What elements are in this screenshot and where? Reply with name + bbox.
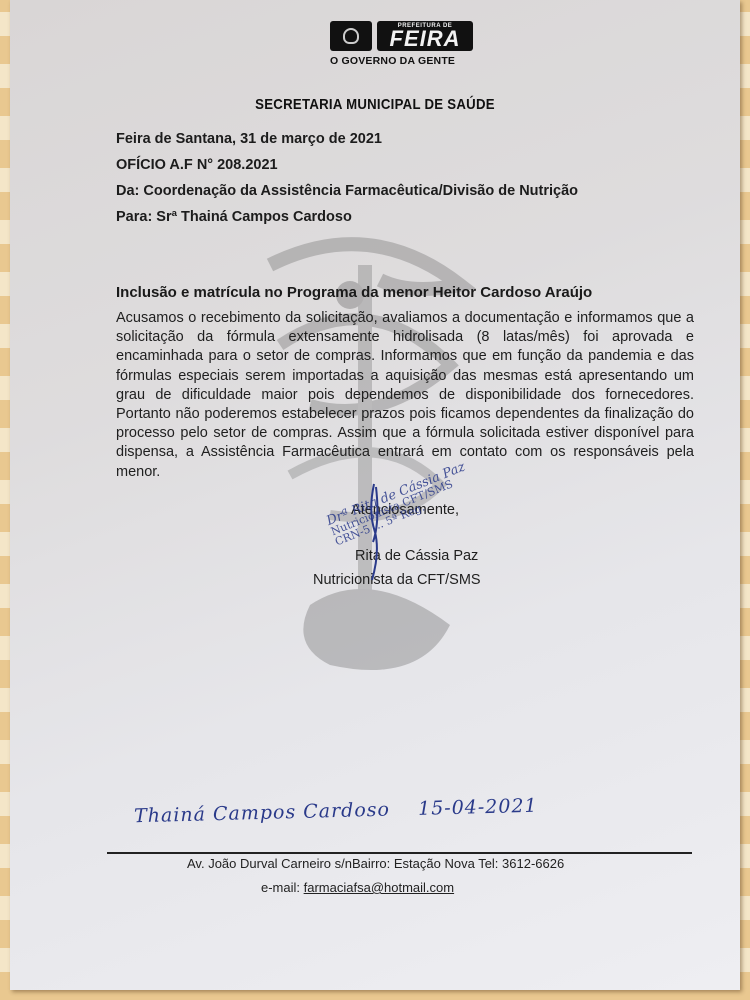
- department-title: SECRETARIA MUNICIPAL DE SAÚDE: [45, 96, 705, 113]
- letter-body: Acusamos o recebimento da solicitação, a…: [116, 309, 694, 482]
- place-date: Feira de Santana, 31 de março de 2021: [116, 131, 382, 147]
- signatory-title: Nutricionista da CFT/SMS: [313, 572, 481, 588]
- logo-brand: PREFEITURA DE FEIRA: [377, 21, 473, 51]
- handwritten-date: 15-04-2021: [418, 795, 538, 820]
- email-link[interactable]: farmaciafsa@hotmail.com: [304, 880, 454, 895]
- footer-divider: [107, 852, 692, 854]
- email-label: e-mail:: [261, 880, 304, 895]
- subject-line: Inclusão e matrícula no Programa da meno…: [116, 284, 592, 301]
- logo-slogan: O GOVERNO DA GENTE: [330, 55, 455, 67]
- footer-address: Av. João Durval Carneiro s/nBairro: Esta…: [187, 856, 564, 871]
- to-line: Para: Srª Thainá Campos Cardoso: [116, 209, 352, 225]
- prefeitura-logo: PREFEITURA DE FEIRA O GOVERNO DA GENTE: [330, 21, 475, 76]
- footer-email-line: e-mail: farmaciafsa@hotmail.com: [261, 880, 454, 895]
- signature-icon: [366, 482, 382, 582]
- coat-of-arms-icon: [330, 21, 372, 51]
- reference-number: OFÍCIO A.F N° 208.2021: [116, 157, 278, 173]
- logo-main-text: FEIRA: [377, 29, 473, 49]
- from-line: Da: Coordenação da Assistência Farmacêut…: [116, 183, 578, 199]
